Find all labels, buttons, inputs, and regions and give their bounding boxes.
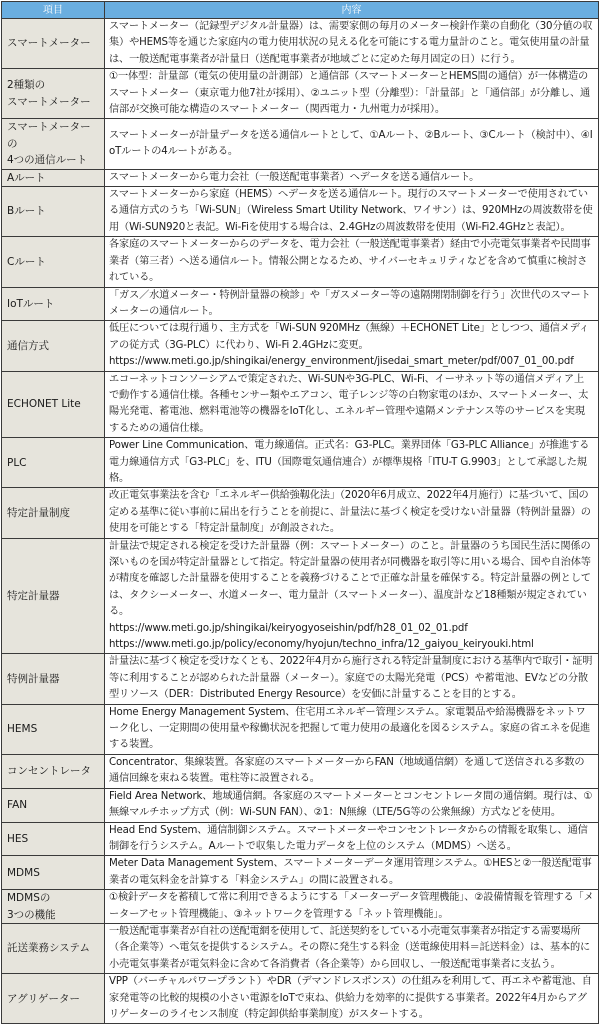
table-row: 特例計量器計量法に基づく検定を受けなくとも、2022年4月から施行される特定計量… [2,654,599,704]
description-text: Power Line Communication、電力線通信。正式名：G3-PL… [109,438,594,487]
table-row: Aルートスマートメーターから電力会社（一般送配電事業者）へデータを送る通信ルート… [2,169,599,186]
table-row: 2種類の スマートメーター①一体型：計量部（電気の使用量の計測部）と通信部（スマ… [2,69,599,119]
description-cell: Concentrator、集線装置。各家庭のスマートメーターからFAN（地域通信… [105,754,599,788]
table-row: Bルートスマートメーターから家庭（HEMS）へデータを送る通信ルート。現行のスマ… [2,187,599,237]
description-cell: 計量法で規定される検定を受けた計量器（例：スマートメーター）のこと。計量器のうち… [105,538,599,654]
glossary-table: 項目 内容 スマートメータースマートメーター（記録型デジタル計量器）は、需要家側… [1,1,599,871]
term-cell: HEMS [2,704,105,754]
description-cell: 低圧については現行通り、主方式を「Wi-SUN 920MHz（無線）＋ECHON… [105,321,599,371]
description-cell: スマートメーターから電力会社（一般送配電事業者）へデータを送る通信ルート。 [105,169,599,186]
description-text: スマートメーターから家庭（HEMS）へデータを送る通信ルート。現行のスマートメー… [109,187,594,236]
description-text: 計量法で規定される検定を受けた計量器（例：スマートメーター）のこと。計量器のうち… [109,539,594,621]
description-text: エコーネットコンソーシアムで策定された、Wi-SUNや3G-PLC、Wi-Fi、… [109,372,594,438]
term-cell: 2種類の スマートメーター [2,69,105,119]
header-term: 項目 [2,2,105,19]
term-cell: スマートメーター [2,19,105,69]
table-row: FANField Area Network、地域通信網。各家庭のスマートメーター… [2,788,599,822]
term-cell: MDMS [2,856,105,871]
term-cell: IoTルート [2,287,105,321]
description-text: ①一体型：計量部（電気の使用量の計測部）と通信部（スマートメーターとHEMS間の… [109,69,594,118]
table-row: 特定計量制度改正電気事業法を含む「エネルギー供給強靱化法」（2020年6月成立、… [2,488,599,538]
description-cell: 「ガス／水道メーター・特例計量器の検診」や「ガスメーター等の遠隔開閉制御を行う」… [105,287,599,321]
description-text: スマートメーターから電力会社（一般送配電事業者）へデータを送る通信ルート。 [109,170,594,186]
table-row: MDMSMeter Data Management System、スマートメータ… [2,856,599,871]
description-cell: 各家庭のスマートメーターからのデータを、電力会社（一般送配電事業者）経由で小売電… [105,237,599,287]
term-cell: Aルート [2,169,105,186]
term-cell: Cルート [2,237,105,287]
reference-url[interactable]: https://www.meti.go.jp/shingikai/energy_… [109,354,594,370]
table-header-row: 項目 内容 [2,2,599,19]
description-text: 計量法に基づく検定を受けなくとも、2022年4月から施行される特定計量制度におけ… [109,654,594,703]
term-cell: 特定計量器 [2,538,105,654]
table-row: IoTルート「ガス／水道メーター・特例計量器の検診」や「ガスメーター等の遠隔開閉… [2,287,599,321]
table-body: スマートメータースマートメーター（記録型デジタル計量器）は、需要家側の毎月のメー… [2,19,599,872]
description-cell: Head End System、通信制御システム。スマートメーターやコンセントレ… [105,822,599,856]
term-cell: HES [2,822,105,856]
description-text: 各家庭のスマートメーターからのデータを、電力会社（一般送配電事業者）経由で小売電… [109,237,594,286]
description-text: Meter Data Management System、スマートメーターデータ… [109,856,594,871]
header-content: 内容 [105,2,599,19]
term-cell: FAN [2,788,105,822]
table-row: スマートメーターの 4つの通信ルートスマートメーターが計量データを送る通信ルート… [2,119,599,169]
description-cell: Field Area Network、地域通信網。各家庭のスマートメーターとコン… [105,788,599,822]
term-cell: 特定計量制度 [2,488,105,538]
term-cell: スマートメーターの 4つの通信ルート [2,119,105,169]
description-text: 改正電気事業法を含む「エネルギー供給強靱化法」（2020年6月成立、2022年4… [109,488,594,537]
table-row: PLCPower Line Communication、電力線通信。正式名：G3… [2,438,599,488]
reference-url[interactable]: https://www.meti.go.jp/policy/economy/hy… [109,637,594,653]
table-row: コンセントレータConcentrator、集線装置。各家庭のスマートメーターから… [2,754,599,788]
table-row: Cルート各家庭のスマートメーターからのデータを、電力会社（一般送配電事業者）経由… [2,237,599,287]
table-row: HESHead End System、通信制御システム。スマートメーターやコンセ… [2,822,599,856]
term-cell: PLC [2,438,105,488]
term-cell: 特例計量器 [2,654,105,704]
description-cell: 改正電気事業法を含む「エネルギー供給強靱化法」（2020年6月成立、2022年4… [105,488,599,538]
description-cell: ①一体型：計量部（電気の使用量の計測部）と通信部（スマートメーターとHEMS間の… [105,69,599,119]
description-text: Home Energy Management System、住宅用エネルギー管理… [109,705,594,754]
description-text: Field Area Network、地域通信網。各家庭のスマートメーターとコン… [109,789,594,822]
term-cell: ECHONET Lite [2,371,105,438]
description-text: スマートメーター（記録型デジタル計量器）は、需要家側の毎月のメーター検針作業の自… [109,19,594,68]
description-cell: Power Line Communication、電力線通信。正式名：G3-PL… [105,438,599,488]
term-cell: 通信方式 [2,321,105,371]
description-cell: Meter Data Management System、スマートメーターデータ… [105,856,599,871]
table-row: スマートメータースマートメーター（記録型デジタル計量器）は、需要家側の毎月のメー… [2,19,599,69]
description-text: Head End System、通信制御システム。スマートメーターやコンセントレ… [109,823,594,856]
description-text: 「ガス／水道メーター・特例計量器の検診」や「ガスメーター等の遠隔開閉制御を行う」… [109,288,594,321]
description-cell: 計量法に基づく検定を受けなくとも、2022年4月から施行される特定計量制度におけ… [105,654,599,704]
term-cell: Bルート [2,187,105,237]
description-text: スマートメーターが計量データを送る通信ルートとして、①Aルート、②Bルート、③C… [109,128,594,161]
description-cell: スマートメーターが計量データを送る通信ルートとして、①Aルート、②Bルート、③C… [105,119,599,169]
description-cell: スマートメーター（記録型デジタル計量器）は、需要家側の毎月のメーター検針作業の自… [105,19,599,69]
description-cell: Home Energy Management System、住宅用エネルギー管理… [105,704,599,754]
table-row: HEMSHome Energy Management System、住宅用エネル… [2,704,599,754]
reference-url[interactable]: https://www.meti.go.jp/shingikai/keiryog… [109,621,594,637]
description-text: Concentrator、集線装置。各家庭のスマートメーターからFAN（地域通信… [109,755,594,788]
table-row: ECHONET Liteエコーネットコンソーシアムで策定された、Wi-SUNや3… [2,371,599,438]
table-row: 特定計量器計量法で規定される検定を受けた計量器（例：スマートメーター）のこと。計… [2,538,599,654]
description-text: 低圧については現行通り、主方式を「Wi-SUN 920MHz（無線）＋ECHON… [109,321,594,354]
table-row: 通信方式低圧については現行通り、主方式を「Wi-SUN 920MHz（無線）＋E… [2,321,599,371]
description-cell: スマートメーターから家庭（HEMS）へデータを送る通信ルート。現行のスマートメー… [105,187,599,237]
term-cell: コンセントレータ [2,754,105,788]
description-cell: エコーネットコンソーシアムで策定された、Wi-SUNや3G-PLC、Wi-Fi、… [105,371,599,438]
